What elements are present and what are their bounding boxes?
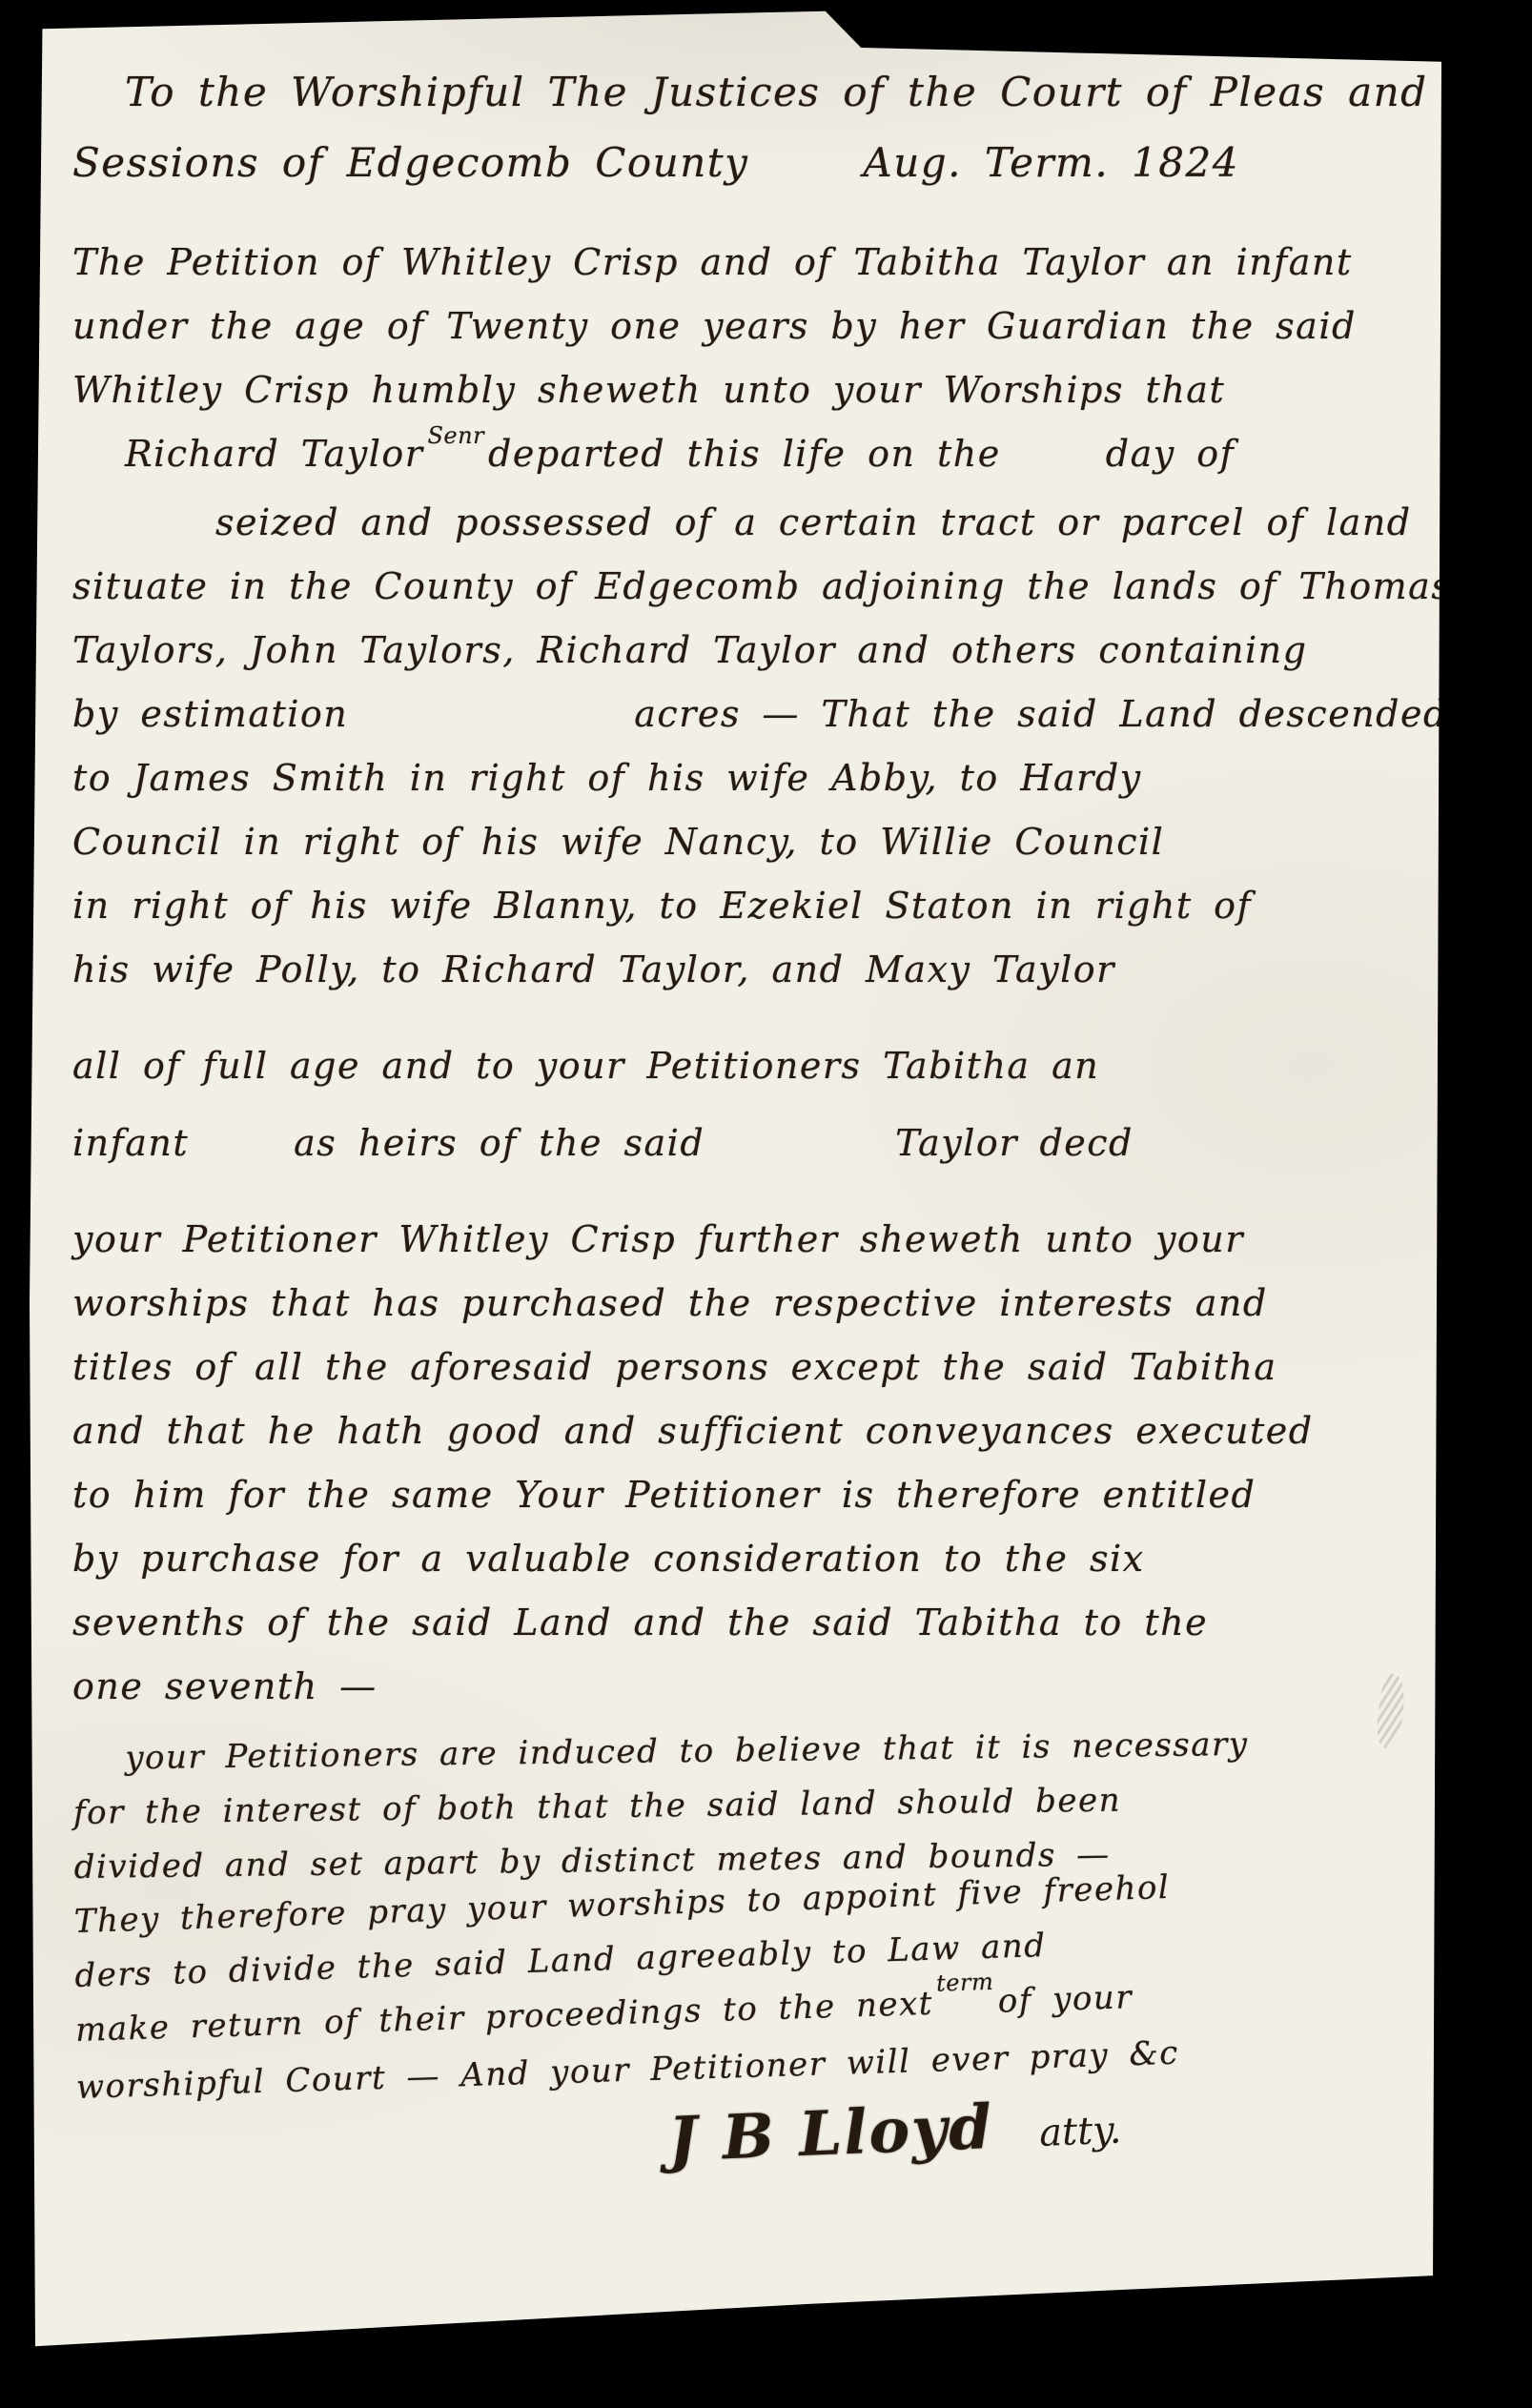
line-text: and that he hath good and sufficient con… [72, 1410, 1314, 1452]
line-text: seized and possessed of a certain tract … [215, 501, 1412, 543]
manuscript-line: The Petition of Whitley Crisp and of Tab… [72, 231, 1407, 295]
manuscript-line: to him for the same Your Petitioner is t… [72, 1463, 1407, 1527]
line-text: Council in right of his wife Nancy, to W… [72, 821, 1164, 863]
signature-name: J B Lloyd [667, 2092, 995, 2176]
line-text: infant [72, 1122, 189, 1164]
heading-line-2: Sessions of Edgecomb CountyAug. Term. 18… [72, 128, 1407, 198]
inserted-word: term [936, 1969, 994, 1997]
manuscript-line: by purchase for a valuable consideration… [72, 1527, 1407, 1591]
manuscript-line: Whitley Crisp humbly sheweth unto your W… [72, 358, 1407, 422]
line-text: under the age of Twenty one years by her… [72, 305, 1357, 347]
heading-text-1: To the Worshipful The Justices of the Co… [125, 69, 1532, 115]
manuscript-line: and that he hath good and sufficient con… [72, 1399, 1407, 1463]
manuscript-line: in right of his wife Blanny, to Ezekiel … [72, 874, 1407, 938]
manuscript-line: all of full age and to your Petitioners … [72, 1034, 1407, 1098]
manuscript-line: seized and possessed of a certain tract … [72, 491, 1407, 555]
manuscript-text: To the Worshipful The Justices of the Co… [72, 57, 1407, 2181]
line-text: as heirs of the said [294, 1122, 705, 1164]
line-text: for the interest of both that the said l… [73, 1782, 1121, 1832]
line-text: Whitley Crisp humbly sheweth unto your W… [72, 369, 1225, 411]
line-text: day of [1106, 433, 1235, 475]
line-text: titles of all the aforesaid persons exce… [72, 1346, 1277, 1388]
petition-paragraph: The Petition of Whitley Crisp and of Tab… [72, 231, 1407, 1175]
second-paragraph: your Petitioner Whitley Crisp further sh… [72, 1208, 1407, 1719]
manuscript-line: worships that has purchased the respecti… [72, 1272, 1407, 1336]
line-text: to him for the same Your Petitioner is t… [72, 1474, 1256, 1516]
manuscript-line: his wife Polly, to Richard Taylor, and M… [72, 938, 1407, 1002]
line-text: your Petitioners are induced to believe … [125, 1725, 1249, 1777]
heading-text-2: Sessions of Edgecomb County [72, 139, 748, 186]
manuscript-line: infantas heirs of the saidTaylor decd [72, 1112, 1407, 1175]
manuscript-line: Richard TaylorSenrdeparted this life on … [72, 422, 1407, 491]
prayer-paragraph: your Petitioners are induced to believe … [72, 1716, 1413, 2181]
line-text: all of full age and to your Petitioners … [72, 1045, 1099, 1087]
line-text: of your [997, 1978, 1133, 2020]
line-text: your Petitioner Whitley Crisp further sh… [72, 1218, 1244, 1260]
line-text: Richard Taylor [125, 433, 423, 475]
line-text: to James Smith in right of his wife Abby… [72, 757, 1142, 799]
manuscript-line: titles of all the aforesaid persons exce… [72, 1336, 1407, 1399]
line-text: Taylor decd [895, 1122, 1134, 1164]
line-text: by purchase for a valuable consideration… [72, 1538, 1145, 1580]
line-text: his wife Polly, to Richard Taylor, and M… [72, 949, 1115, 990]
manuscript-line: one seventh — [72, 1655, 1407, 1719]
line-text: Taylors, John Taylors, Richard Taylor an… [72, 629, 1307, 671]
manuscript-line: to James Smith in right of his wife Abby… [72, 746, 1407, 810]
line-text: one seventh — [72, 1665, 378, 1707]
manuscript-paper: To the Worshipful The Justices of the Co… [27, 8, 1453, 2360]
line-text: departed this life on the [488, 433, 1001, 475]
manuscript-line: under the age of Twenty one years by her… [72, 295, 1407, 358]
manuscript-line: your Petitioner Whitley Crisp further sh… [72, 1208, 1407, 1272]
inserted-word: Senr [427, 422, 484, 449]
line-text: situate in the County of Edgecomb adjoin… [72, 565, 1451, 607]
heading-line-1: To the Worshipful The Justices of the Co… [72, 57, 1407, 128]
manuscript-line: sevenths of the said Land and the said T… [72, 1591, 1407, 1655]
line-text: acres — That the said Land descended [634, 693, 1448, 735]
signature-title: atty. [1038, 2109, 1122, 2155]
manuscript-line: situate in the County of Edgecomb adjoin… [72, 555, 1407, 619]
line-text: sevenths of the said Land and the said T… [72, 1602, 1208, 1643]
heading-block: To the Worshipful The Justices of the Co… [72, 57, 1407, 198]
line-text: in right of his wife Blanny, to Ezekiel … [72, 885, 1252, 927]
scanned-document: To the Worshipful The Justices of the Co… [0, 0, 1532, 2408]
heading-term: Aug. Term. 1824 [863, 139, 1239, 186]
line-text: by estimation [72, 693, 348, 735]
manuscript-line: Council in right of his wife Nancy, to W… [72, 810, 1407, 874]
line-text: worships that has purchased the respecti… [72, 1282, 1268, 1324]
manuscript-line: Taylors, John Taylors, Richard Taylor an… [72, 619, 1407, 683]
manuscript-line: by estimationacres — That the said Land … [72, 683, 1407, 746]
line-text: The Petition of Whitley Crisp and of Tab… [72, 241, 1353, 283]
